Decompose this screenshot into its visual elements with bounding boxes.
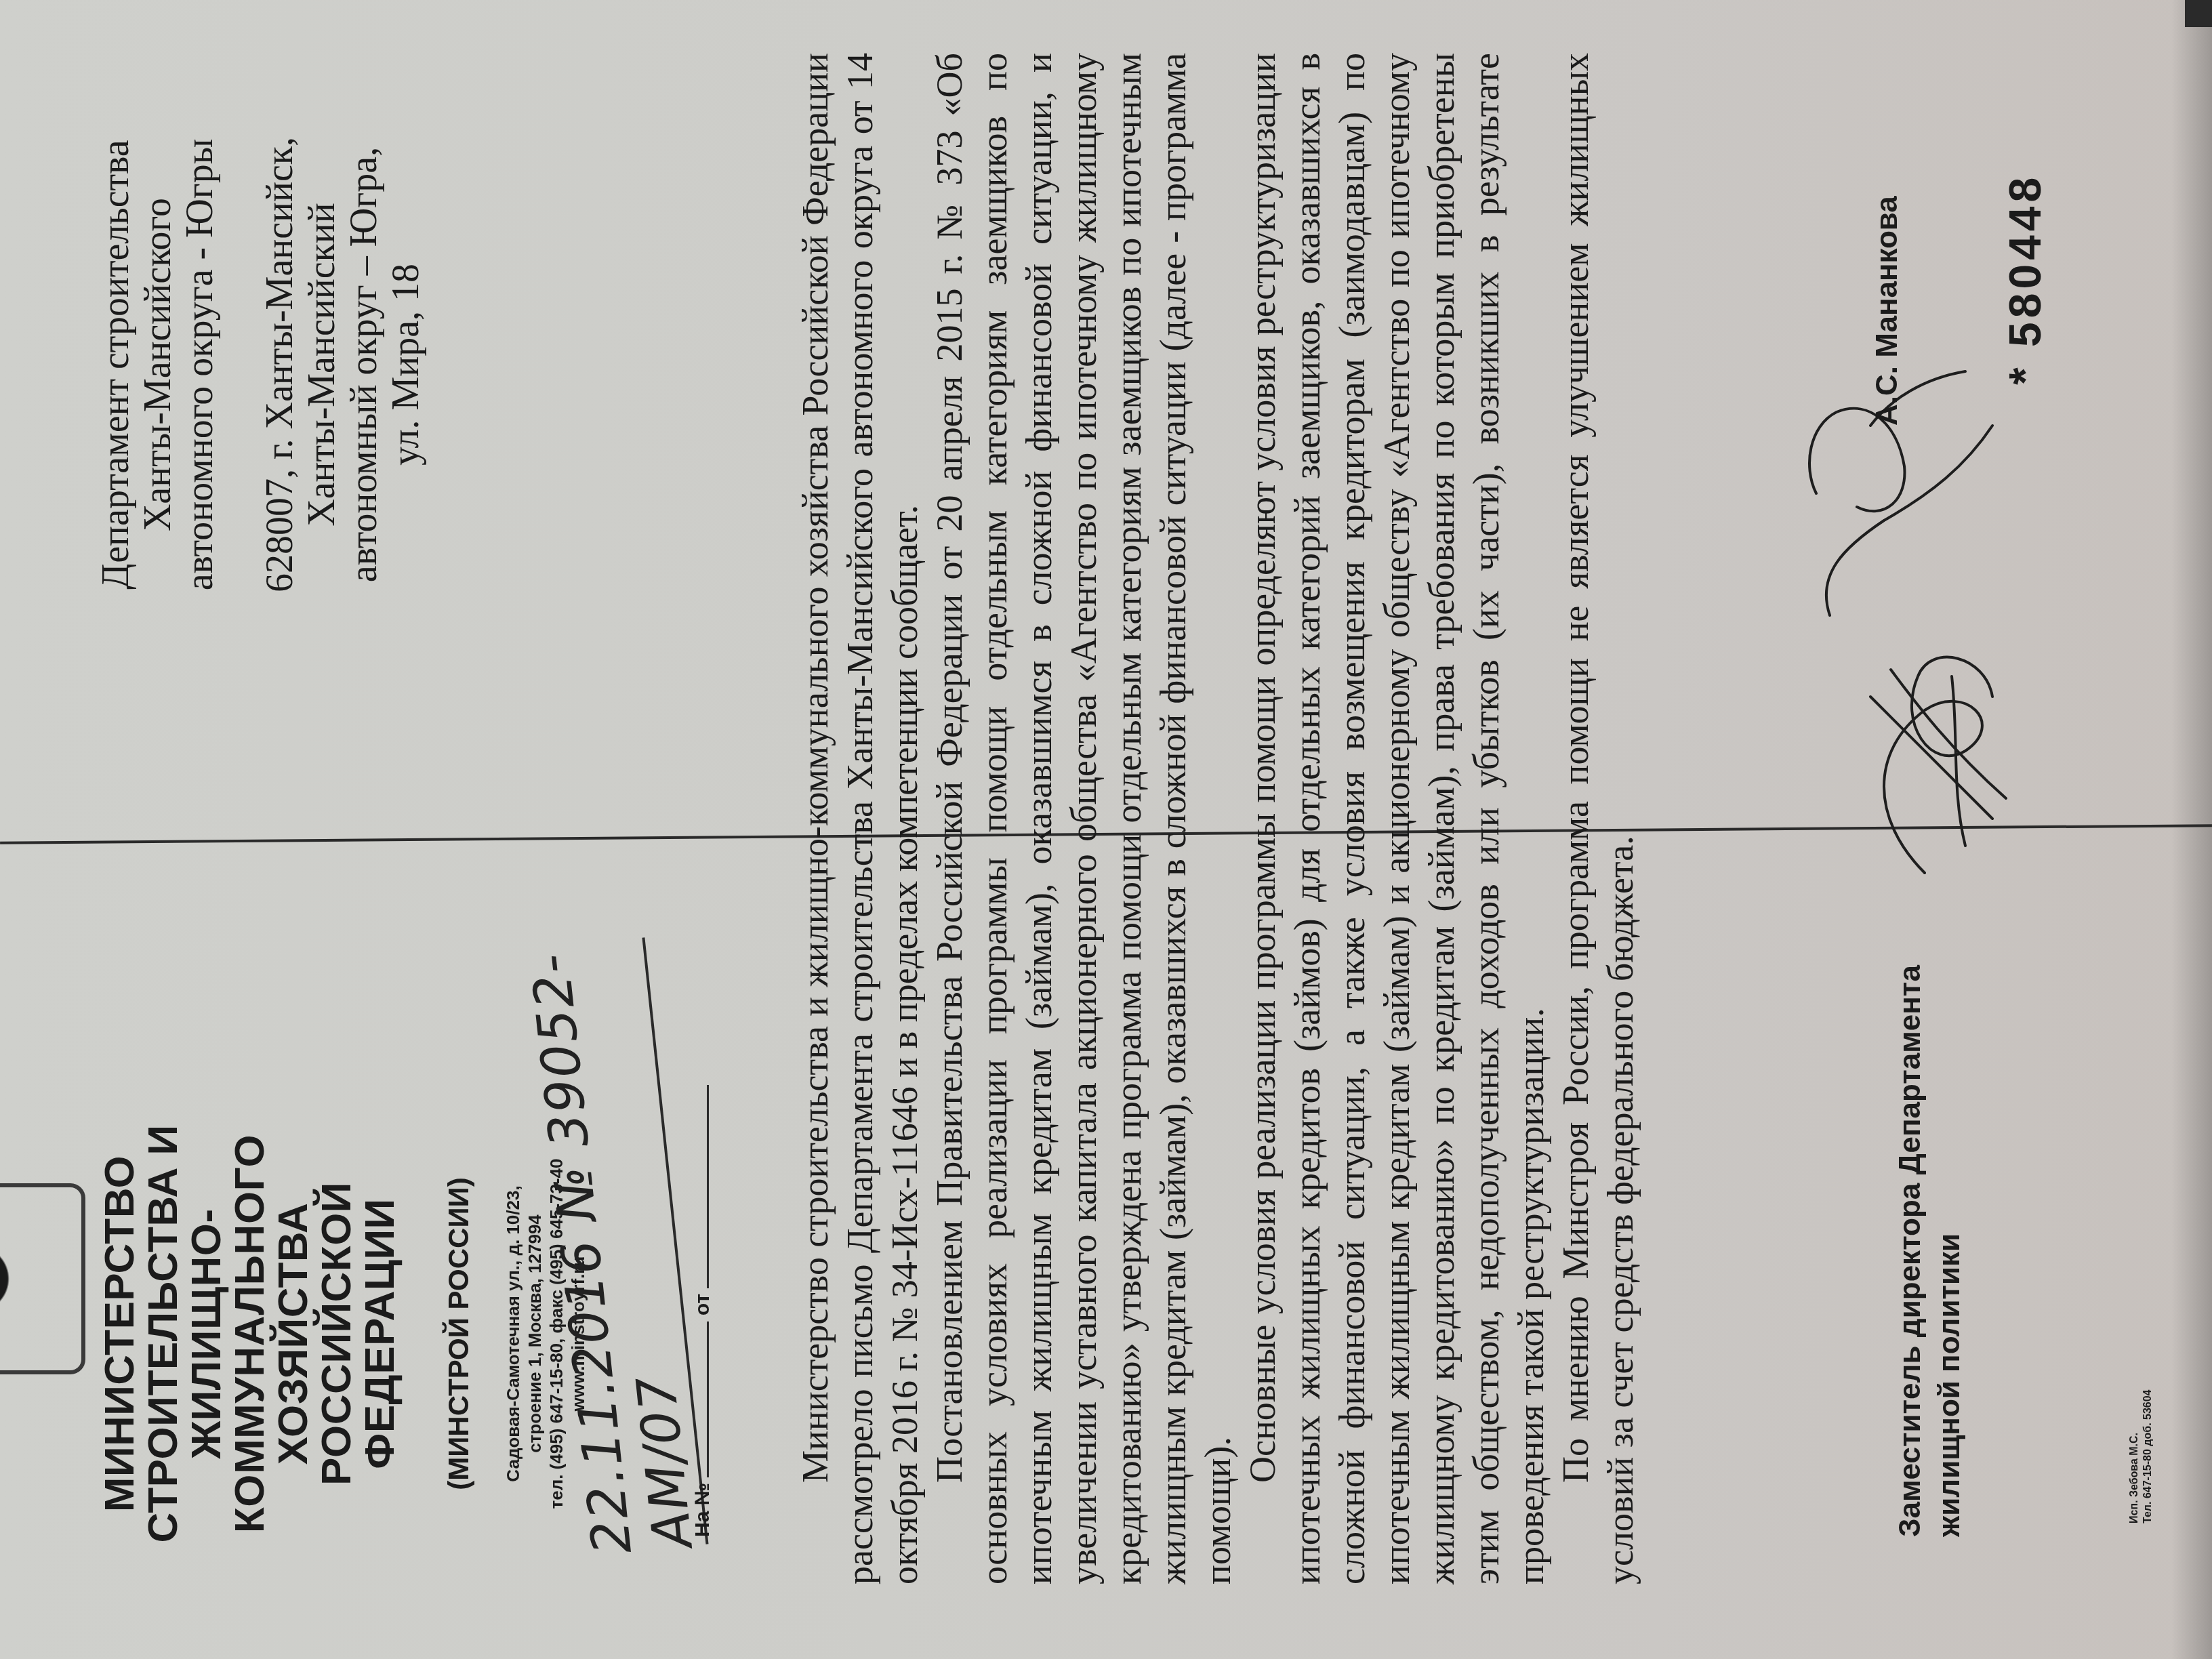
address-line: автономный округ – Югра, bbox=[343, 26, 385, 703]
body-paragraph: Министерство строительства и жилищно-ком… bbox=[793, 53, 927, 1584]
reference-date-label: от bbox=[691, 1294, 714, 1315]
registration-line: 22.11.2016 № 39052-АМ/07 bbox=[583, 941, 709, 1551]
ministry-name-line: МИНИСТЕРСТВО bbox=[98, 1063, 142, 1605]
address-line: ул. Мира, 18 bbox=[385, 26, 427, 703]
handwritten-signature-icon bbox=[1789, 358, 2033, 900]
signatory-title-line: жилищной политики bbox=[1930, 927, 1969, 1537]
body-paragraph: Постановлением Правительства Российской … bbox=[927, 53, 1240, 1584]
reference-date-blank bbox=[692, 1085, 709, 1288]
address-line: 628007, г. Ханты-Мансийск, bbox=[259, 26, 301, 703]
address-line: Ханты-Мансийский bbox=[301, 26, 343, 703]
eagle-icon bbox=[0, 1242, 20, 1316]
recipient-line: Департамент строительства bbox=[95, 26, 137, 703]
ministry-name-line: РОССИЙСКОЙ ФЕДЕРАЦИИ bbox=[315, 1063, 402, 1605]
recipient-block: Департамент строительства Ханты-Мансийск… bbox=[95, 26, 427, 703]
signatory-title: Заместитель директора Департамента жилищ… bbox=[1891, 927, 1969, 1537]
body-paragraph: Основные условия реализации программы по… bbox=[1240, 53, 1553, 1584]
ministry-name-line: СТРОИТЕЛЬСТВА И ЖИЛИЩНО- bbox=[142, 1063, 228, 1605]
letter-page: МИНИСТЕРСТВО СТРОИТЕЛЬСТВА И ЖИЛИЩНО- КО… bbox=[0, 0, 2212, 1659]
document-serial-number: * 580448 bbox=[1999, 173, 2051, 385]
signatory-title-line: Заместитель директора Департамента bbox=[1891, 927, 1930, 1537]
reference-number-label: На № bbox=[691, 1483, 714, 1537]
recipient-line: автономного округа - Югры bbox=[179, 26, 221, 703]
signatory-name: А.С. Мананкова bbox=[1870, 87, 1904, 426]
reference-number-blank bbox=[692, 1322, 709, 1477]
executor-name: Исп. Зебова М.С. bbox=[2128, 1389, 2142, 1523]
coat-of-arms-icon bbox=[0, 1183, 85, 1374]
executor-info: Исп. Зебова М.С. Тел. 647-15-80 доб. 536… bbox=[2128, 1389, 2155, 1523]
ministry-name-line: КОММУНАЛЬНОГО ХОЗЯЙСТВА bbox=[228, 1063, 315, 1605]
recipient-line: Ханты-Мансийского bbox=[137, 26, 179, 703]
recipient-address: 628007, г. Ханты-Мансийск, Ханты-Мансийс… bbox=[259, 26, 427, 703]
executor-phone: Тел. 647-15-80 доб. 53604 bbox=[2142, 1389, 2155, 1523]
contact-line: Садовая-Самотечная ул., д. 10/23, bbox=[502, 1063, 524, 1605]
ministry-short-name: (МИНСТРОЙ РОССИИ) bbox=[443, 1063, 475, 1605]
body-paragraph: По мнению Минстроя России, программа пом… bbox=[1553, 53, 1643, 1584]
letter-body: Министерство строительства и жилищно-ком… bbox=[793, 53, 1643, 1584]
reference-line: На № от bbox=[691, 1022, 714, 1537]
sender-block: МИНИСТЕРСТВО СТРОИТЕЛЬСТВА И ЖИЛИЩНО- КО… bbox=[98, 1063, 589, 1605]
